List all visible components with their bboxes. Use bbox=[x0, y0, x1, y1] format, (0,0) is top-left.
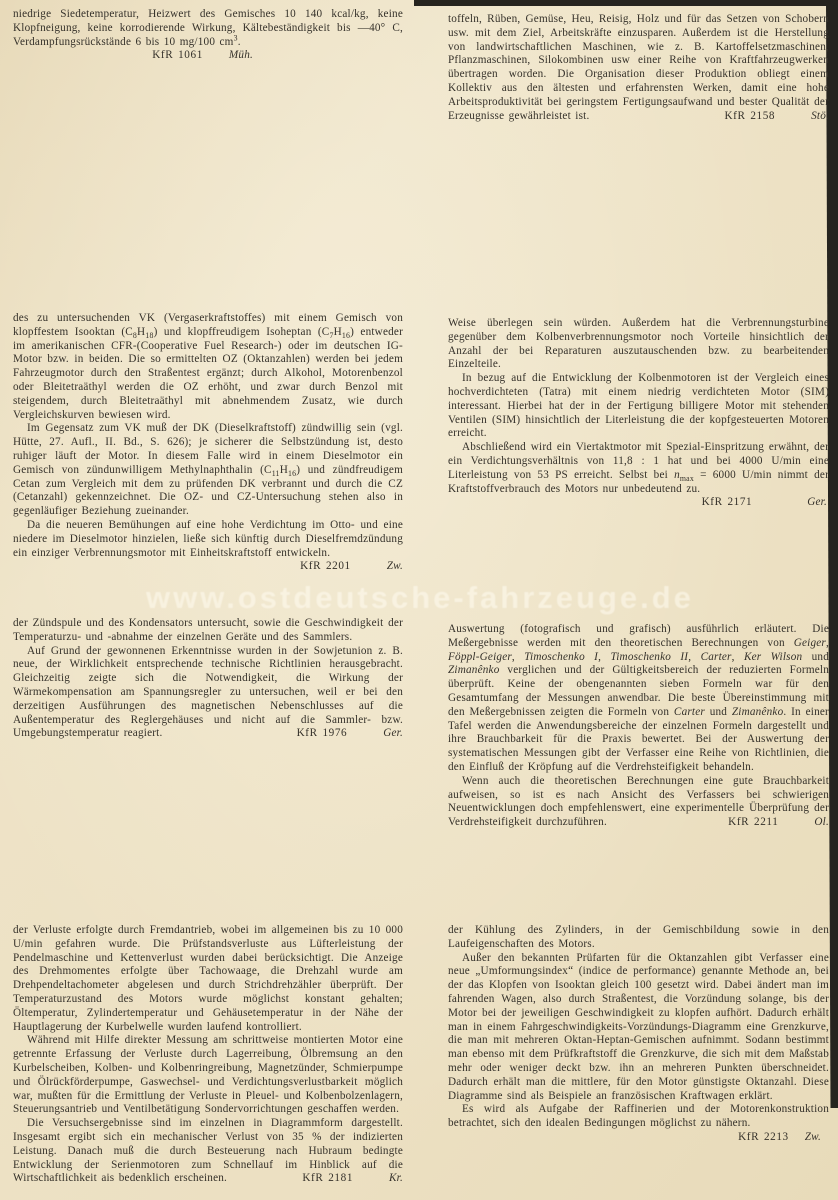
reference-line: KfR 1061Müh. bbox=[152, 49, 253, 61]
ref-code: KfR 1061 bbox=[152, 49, 203, 61]
paragraph: der Zündspule und des Kondensators unter… bbox=[13, 617, 403, 645]
ref-signature: Zw. bbox=[805, 1131, 821, 1143]
paragraph: Wenn auch die theoretischen Berechnungen… bbox=[448, 775, 829, 830]
ref-signature: Müh. bbox=[229, 49, 253, 61]
watermark: www.ostdeutsche-fahrzeuge.de bbox=[146, 580, 838, 616]
ref-code: KfR 1976 bbox=[297, 727, 348, 739]
ref-signature: Ol. bbox=[814, 816, 829, 828]
paragraph: niedrige Siedetemperatur, Heizwert des G… bbox=[13, 8, 403, 49]
paragraph: Während mit Hilfe direkter Messung am sc… bbox=[13, 1034, 403, 1117]
reference-line: KfR 2211Ol. bbox=[714, 816, 829, 830]
ref-code: KfR 2213 bbox=[738, 1131, 789, 1143]
paragraph: toffeln, Rüben, Gemüse, Heu, Reisig, Hol… bbox=[448, 13, 829, 123]
reference-line: KfR 2181Kr. bbox=[288, 1172, 403, 1186]
ref-code: KfR 2201 bbox=[300, 560, 351, 572]
abstract-block-right-3: Auswertung (fotografisch und grafisch) a… bbox=[448, 623, 829, 830]
abstract-block-left-1: niedrige Siedetemperatur, Heizwert des G… bbox=[13, 8, 403, 63]
reference-row: KfR 2213Zw. bbox=[448, 1131, 829, 1145]
paragraph: Es wird als Aufgabe der Raffinerien und … bbox=[448, 1103, 829, 1131]
reference-line: KfR 1976Ger. bbox=[283, 727, 403, 741]
abstract-block-right-4: der Kühlung des Zylinders, in der Gemisc… bbox=[448, 924, 829, 1145]
ref-code: KfR 2181 bbox=[302, 1172, 353, 1184]
ref-signature: Ger. bbox=[383, 727, 403, 739]
abstract-block-left-4: der Verluste erfolgte durch Fremdantrieb… bbox=[13, 924, 403, 1186]
paragraph: Außer den bekannten Prüfarten für die Ok… bbox=[448, 952, 829, 1104]
paragraph: Abschließend wird ein Viertaktmotor mit … bbox=[448, 441, 829, 496]
abstract-block-left-2: des zu untersuchenden VK (Vergaserkrafts… bbox=[13, 312, 403, 574]
ref-signature: Ger. bbox=[807, 496, 827, 508]
paragraph: Auswertung (fotografisch und grafisch) a… bbox=[448, 623, 829, 775]
reference-line: KfR 2201Zw. bbox=[286, 560, 403, 574]
reference-line: KfR 2213Zw. bbox=[738, 1131, 821, 1143]
paragraph: Die Versuchsergebnisse sind im einzelnen… bbox=[13, 1117, 403, 1186]
reference-line: KfR 2171Ger. bbox=[702, 496, 827, 508]
paragraph: Im Gegensatz zum VK muß der DK (Dieselkr… bbox=[13, 422, 403, 519]
paragraph: In bezug auf die Entwicklung der Kolbenm… bbox=[448, 372, 829, 441]
paragraph: Da die neueren Bemühungen auf eine hohe … bbox=[13, 519, 403, 560]
abstract-block-left-3: der Zündspule und des Kondensators unter… bbox=[13, 617, 403, 741]
reference-row: KfR 2171Ger. bbox=[448, 496, 829, 510]
reference-row: KfR 1061Müh. bbox=[13, 49, 403, 63]
ref-signature: Kr. bbox=[389, 1172, 403, 1184]
ref-code: KfR 2171 bbox=[702, 496, 753, 508]
reference-line: KfR 2158Stö. bbox=[724, 110, 829, 124]
paragraph: des zu untersuchenden VK (Vergaserkrafts… bbox=[13, 312, 403, 422]
ref-code: KfR 2158 bbox=[724, 110, 775, 122]
scan-edge-top bbox=[414, 0, 838, 6]
paragraph: Auf Grund der gewonnenen Erkenntnisse wu… bbox=[13, 645, 403, 742]
scanned-abstracts-page: www.ostdeutsche-fahrzeuge.de niedrige Si… bbox=[0, 0, 838, 1200]
paragraph: der Kühlung des Zylinders, in der Gemisc… bbox=[448, 924, 829, 952]
paragraph: der Verluste erfolgte durch Fremdantrieb… bbox=[13, 924, 403, 1034]
ref-code: KfR 2211 bbox=[728, 816, 778, 828]
ref-signature: Zw. bbox=[387, 560, 403, 572]
abstract-block-right-2: Weise überlegen sein würden. Außerdem ha… bbox=[448, 317, 829, 510]
paragraph: Weise überlegen sein würden. Außerdem ha… bbox=[448, 317, 829, 372]
abstract-block-right-1: toffeln, Rüben, Gemüse, Heu, Reisig, Hol… bbox=[448, 13, 829, 123]
ref-signature: Stö. bbox=[811, 110, 829, 122]
